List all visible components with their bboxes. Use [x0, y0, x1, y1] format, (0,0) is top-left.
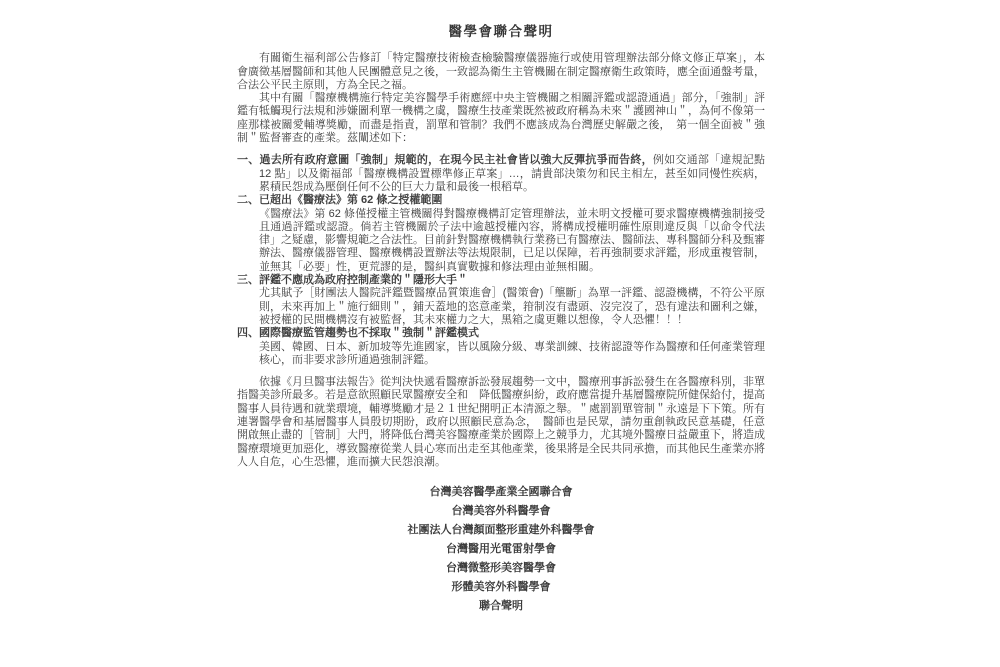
section-2-heading: 已超出《醫療法》第 62 條之授權範圍 [259, 194, 442, 206]
section-3-marker: 三、 [237, 274, 259, 286]
section-4-body: 美國、韓國、日本、新加坡等先進國家，皆以風險分級、專業訓練、技術認證等作為醫療和… [237, 341, 765, 368]
section-4-heading: 國際醫療監管趨勢也不採取＂強制＂評鑑模式 [259, 327, 479, 339]
section-4: 四、國際醫療監管趨勢也不採取＂強制＂評鑑模式 美國、韓國、日本、新加坡等先進國家… [237, 327, 765, 367]
section-2-body: 《醫療法》第 62 條僅授權主管機關得對醫療機構訂定管理辦法，並未明文授權可要求… [237, 208, 765, 274]
intro-paragraph-1: 有關衛生福利部公告修訂「特定醫療技術檢查檢驗醫療儀器施行或使用管理辦法部分條文修… [237, 52, 765, 92]
section-2-marker: 二、 [237, 194, 259, 206]
section-1: 一、過去所有政府意圖「強制」規範的，在現今民主社會皆以強大反彈抗爭而告終，例如交… [237, 154, 765, 194]
closing-paragraph: 依據《月旦醫事法報告》從判決快遞看醫療訴訟發展趨勢一文中，醫療刑事訴訟發生在各醫… [237, 376, 765, 469]
signature-line: 社團法人台灣顏面整形重建外科醫學會 [237, 521, 765, 540]
document-page: 醫學會聯合聲明 有關衛生福利部公告修訂「特定醫療技術檢查檢驗醫療儀器施行或使用管… [0, 0, 1000, 667]
numbered-sections: 一、過去所有政府意圖「強制」規範的，在現今民主社會皆以強大反彈抗爭而告終，例如交… [237, 154, 765, 367]
section-2: 二、已超出《醫療法》第 62 條之授權範圍 《醫療法》第 62 條僅授權主管機關… [237, 194, 765, 274]
section-4-marker: 四、 [237, 327, 259, 339]
section-1-marker: 一、 [237, 154, 259, 166]
section-3-body: 尤其賦予［財團法人醫院評鑑暨醫療品質策進會］(醫策會)「壟斷」為單一評鑑、認證機… [237, 287, 765, 327]
statement-document: 醫學會聯合聲明 有關衛生福利部公告修訂「特定醫療技術檢查檢驗醫療儀器施行或使用管… [237, 25, 765, 616]
signature-line: 聯合聲明 [237, 597, 765, 616]
section-1-heading: 過去所有政府意圖「強制」規範的，在現今民主社會皆以強大反彈抗爭而告終， [259, 154, 652, 166]
signature-line: 台灣美容醫學產業全國聯合會 [237, 483, 765, 502]
section-3: 三、評鑑不應成為政府控制產業的＂隱形大手＂ 尤其賦予［財團法人醫院評鑑暨醫療品質… [237, 274, 765, 327]
section-3-heading: 評鑑不應成為政府控制產業的＂隱形大手＂ [259, 274, 468, 286]
signature-line: 台灣醫用光電雷射學會 [237, 540, 765, 559]
section-2-heading-line: 二、已超出《醫療法》第 62 條之授權範圍 [237, 194, 765, 207]
page-title: 醫學會聯合聲明 [237, 25, 765, 38]
intro-paragraph-2: 其中有關「醫療機構施行特定美容醫學手術應經中央主管機關之相關評鑑或認證通過」部分… [237, 92, 765, 145]
signature-line: 形體美容外科醫學會 [237, 578, 765, 597]
signature-block: 台灣美容醫學產業全國聯合會 台灣美容外科醫學會 社團法人台灣顏面整形重建外科醫學… [237, 483, 765, 616]
signature-line: 台灣美容外科醫學會 [237, 502, 765, 521]
section-3-heading-line: 三、評鑑不應成為政府控制產業的＂隱形大手＂ [237, 274, 765, 287]
section-4-heading-line: 四、國際醫療監管趨勢也不採取＂強制＂評鑑模式 [237, 327, 765, 340]
signature-line: 台灣微整形美容醫學會 [237, 559, 765, 578]
